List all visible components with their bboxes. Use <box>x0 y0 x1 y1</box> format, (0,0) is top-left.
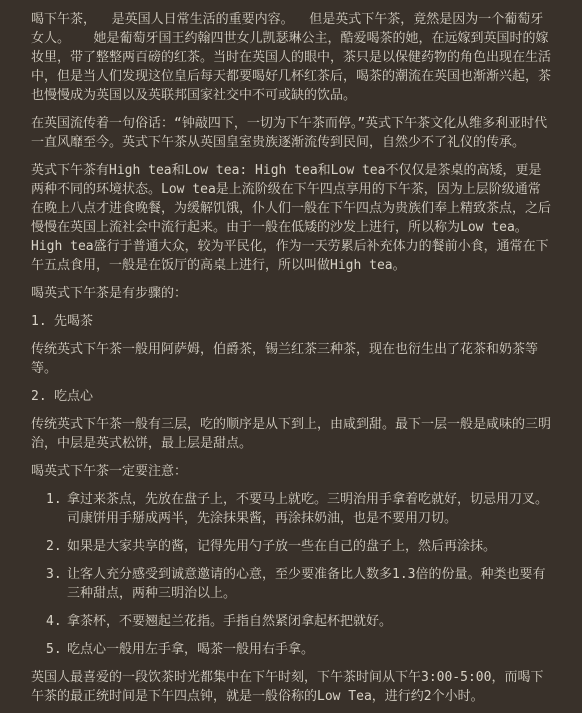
note-4-text: 拿茶杯，不要翘起兰花指。手指自然紧闭拿起杯把就好。 <box>67 612 551 631</box>
step-2-title: 吃点心 <box>54 387 93 406</box>
step-1-title: 先喝茶 <box>54 312 93 331</box>
step-2-number: 2. <box>31 387 54 406</box>
steps-intro: 喝英式下午茶是有步骤的： <box>31 284 551 303</box>
note-3-text: 让客人充分感受到诚意邀请的心意，至少要准备比人数多1.3倍的份量。种类也要有三种… <box>67 565 551 603</box>
notes-list: 1. 拿过来茶点，先放在盘子上，不要马上就吃。三明治用手拿着吃就好，切忌用刀叉。… <box>31 490 551 659</box>
notes-intro: 喝英式下午茶一定要注意： <box>31 462 551 481</box>
note-5-text: 吃点心一般用左手拿，喝茶一般用右手拿。 <box>67 640 551 659</box>
note-1-text: 拿过来茶点，先放在盘子上，不要马上就吃。三明治用手拿着吃就好，切忌用刀叉。司康饼… <box>67 490 551 528</box>
note-3-number: 3. <box>46 565 67 603</box>
note-item: 4. 拿茶杯，不要翘起兰花指。手指自然紧闭拿起杯把就好。 <box>46 612 551 631</box>
proverb-paragraph: 在英国流传着一句俗话：“钟敲四下，一切为下午茶而停。”英式下午茶文化从维多利亚时… <box>31 114 551 152</box>
step-2-heading: 2. 吃点心 <box>31 387 551 406</box>
closing-paragraph: 英国人最喜爱的一段饮茶时光都集中在下午时刻，下午茶时间从下午3:00-5:00，… <box>31 668 551 706</box>
intro-paragraph: 喝下午茶， 是英国人日常生活的重要内容。 但是英式下午茶，竟然是因为一个葡萄牙女… <box>31 10 551 105</box>
step-1-paragraph: 传统英式下午茶一般用阿萨姆，伯爵茶，锡兰红茶三种茶，现在也衍生出了花茶和奶茶等等… <box>31 340 551 378</box>
note-item: 1. 拿过来茶点，先放在盘子上，不要马上就吃。三明治用手拿着吃就好，切忌用刀叉。… <box>46 490 551 528</box>
step-1-heading: 1. 先喝茶 <box>31 312 551 331</box>
note-item: 5. 吃点心一般用左手拿，喝茶一般用右手拿。 <box>46 640 551 659</box>
step-1-number: 1. <box>31 312 54 331</box>
note-item: 2. 如果是大家共享的酱，记得先用勺子放一些在自己的盘子上，然后再涂抹。 <box>46 537 551 556</box>
note-5-number: 5. <box>46 640 67 659</box>
note-2-number: 2. <box>46 537 67 556</box>
note-2-text: 如果是大家共享的酱，记得先用勺子放一些在自己的盘子上，然后再涂抹。 <box>67 537 551 556</box>
note-item: 3. 让客人充分感受到诚意邀请的心意，至少要准备比人数多1.3倍的份量。种类也要… <box>46 565 551 603</box>
note-1-number: 1. <box>46 490 67 528</box>
note-4-number: 4. <box>46 612 67 631</box>
afternoon-tea-article: 喝下午茶， 是英国人日常生活的重要内容。 但是英式下午茶，竟然是因为一个葡萄牙女… <box>0 0 582 713</box>
high-low-tea-paragraph: 英式下午茶有High tea和Low tea: High tea和Low tea… <box>31 161 551 275</box>
step-2-paragraph: 传统英式下午茶一般有三层，吃的顺序是从下到上，由咸到甜。最下一层一般是咸味的三明… <box>31 415 551 453</box>
